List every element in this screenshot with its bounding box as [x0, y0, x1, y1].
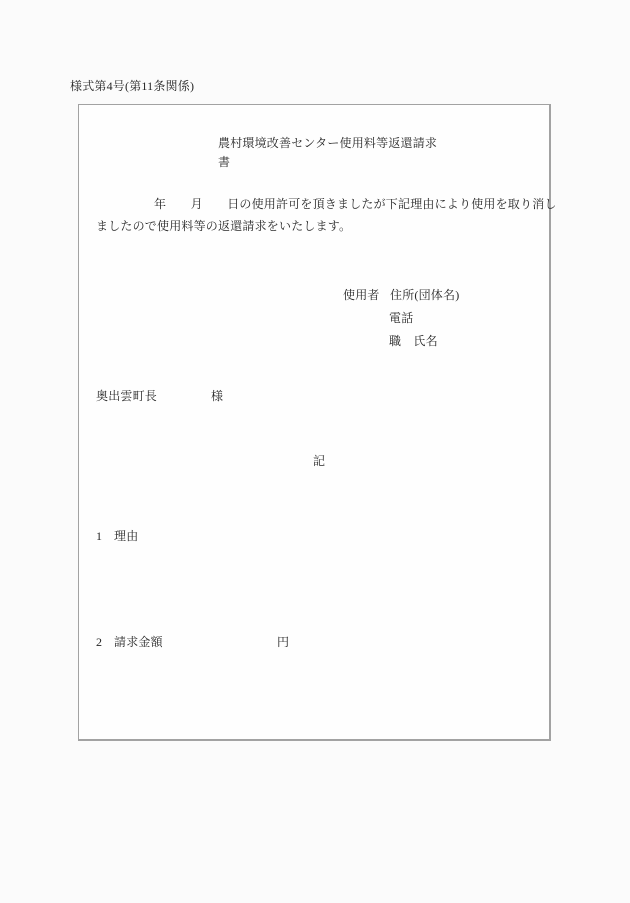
item-2-currency-suffix: 円 — [277, 635, 289, 649]
ki-section-marker: 記 — [313, 454, 325, 468]
body-paragraph-line-2: ましたので使用料等の返還請求をいたします。 — [96, 219, 351, 233]
address-field-label: 住所(団体名) — [390, 288, 459, 302]
form-number-label: 様式第4号(第11条関係) — [70, 79, 194, 93]
item-1-label: 理由 — [114, 529, 138, 543]
phone-field-label: 電話 — [389, 311, 413, 325]
document-title-line-1: 農村環境改善センター使用料等返還請求 — [218, 136, 437, 150]
applicant-label: 使用者 — [343, 288, 380, 302]
item-1-number: 1 — [96, 529, 102, 543]
document-title-line-2: 書 — [218, 155, 230, 169]
addressee-name: 奥出雲町長 — [96, 389, 157, 403]
item-2-label: 請求金額 — [114, 635, 163, 649]
title-name-field-label: 職 氏名 — [389, 334, 438, 348]
document-page: 様式第4号(第11条関係) 農村環境改善センター使用料等返還請求 書 年 月 日… — [0, 0, 630, 903]
item-2-number: 2 — [96, 635, 102, 649]
addressee-honorific: 様 — [211, 389, 223, 403]
body-paragraph-line-1: 年 月 日の使用許可を頂きましたが下記理由により使用を取り消し — [154, 197, 557, 211]
